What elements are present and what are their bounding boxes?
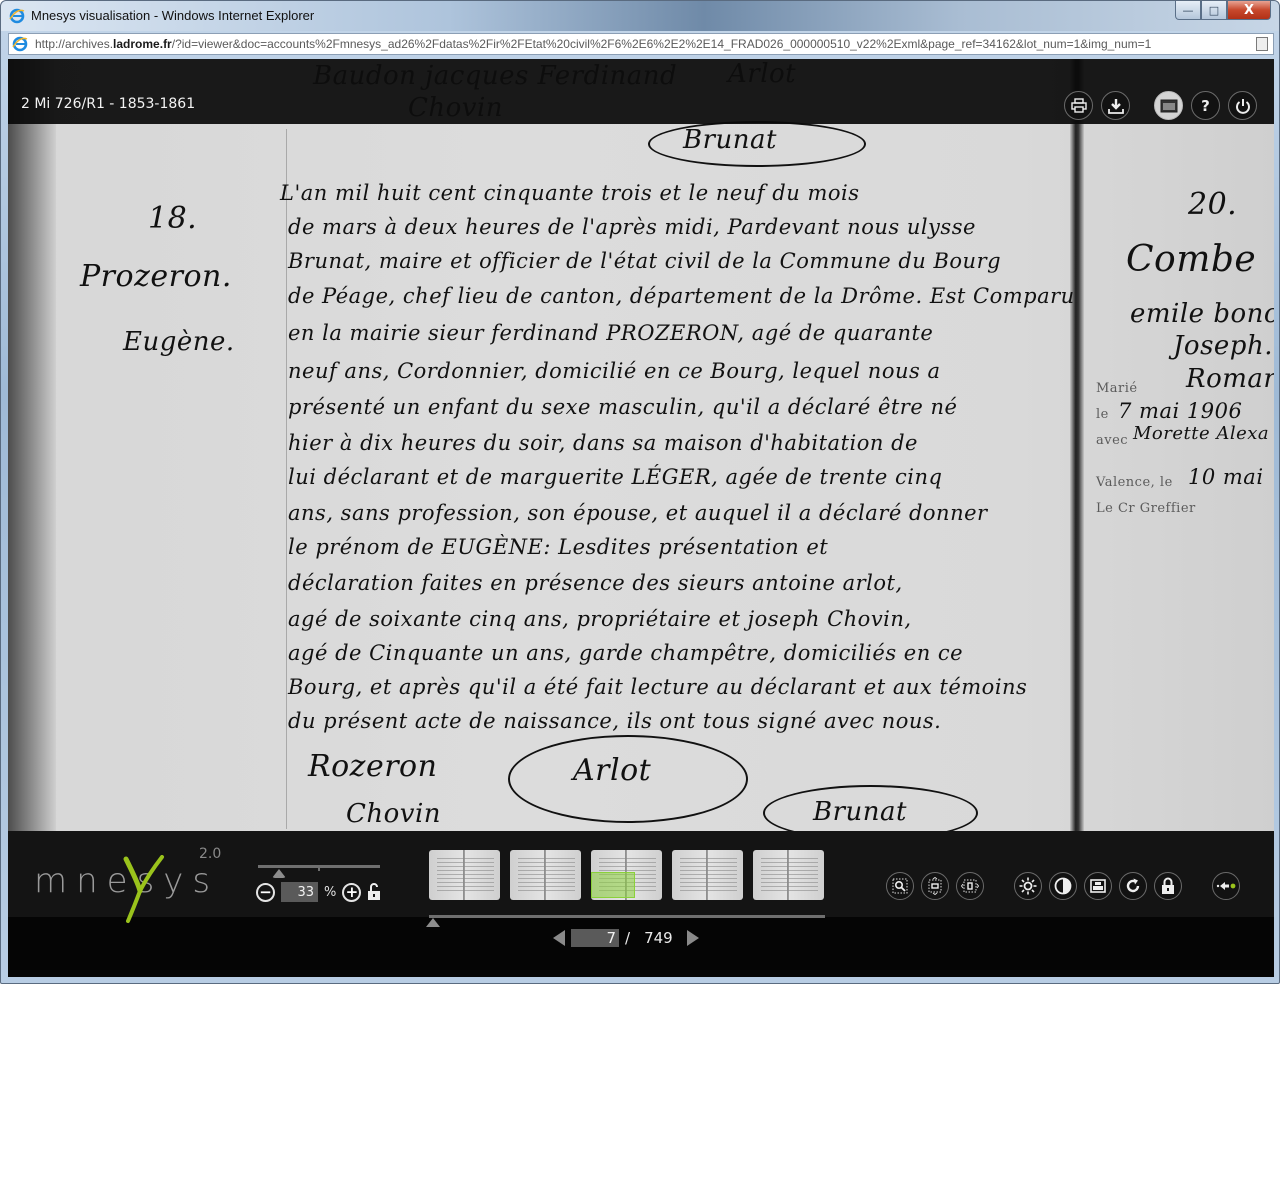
page-fold: [1070, 59, 1084, 831]
contrast-button[interactable]: [1049, 872, 1077, 900]
marriage-date: 7 mai 1906: [1118, 399, 1242, 423]
body-line: le prénom de EUGÈNE: Lesdites présentati…: [288, 535, 828, 559]
fullscreen-button[interactable]: [1154, 91, 1183, 120]
url-prefix: http://archives.: [35, 37, 113, 51]
page-number-input[interactable]: [571, 929, 619, 947]
maximize-icon: □: [1209, 4, 1219, 17]
page-slider[interactable]: [429, 915, 825, 918]
right-annotation: Romar: [1186, 364, 1274, 394]
page-edge: [8, 59, 56, 831]
right-entry-surname: Combe: [1126, 239, 1256, 280]
right-entry-given-2: Joseph.: [1173, 331, 1273, 361]
invert-icon: [1090, 879, 1106, 893]
address-bar[interactable]: http://archives.ladrome.fr/?id=viewer&do…: [8, 33, 1274, 55]
print-button[interactable]: [1064, 91, 1093, 120]
url-domain: ladrome.fr: [113, 37, 172, 51]
power-icon: [1235, 98, 1251, 114]
help-button[interactable]: ?: [1191, 91, 1220, 120]
bottom-toolbar: mnesys 2.0 − % +: [8, 831, 1274, 977]
download-button[interactable]: [1101, 91, 1130, 120]
help-icon: ?: [1201, 97, 1210, 115]
thumbnail-viewport-box[interactable]: [591, 872, 635, 898]
rotate-button[interactable]: [1119, 872, 1147, 900]
fit-height-button[interactable]: [921, 872, 949, 900]
invert-button[interactable]: [1084, 872, 1112, 900]
stamp-valence: Valence, le: [1096, 475, 1173, 490]
body-line: du présent acte de naissance, ils ont to…: [288, 709, 941, 733]
zoom-in-button[interactable]: +: [342, 883, 361, 902]
top-signature: Brunat: [683, 125, 777, 155]
thumbnail-page[interactable]: [753, 850, 824, 900]
zoom-controls: − % +: [256, 882, 381, 902]
thumbnail-text-lines: [680, 858, 737, 892]
page-separator: /: [625, 929, 630, 947]
zoom-slider[interactable]: [258, 865, 380, 868]
minimize-icon: —: [1183, 4, 1194, 17]
logo-version: 2.0: [199, 846, 221, 862]
viewer-header: 2 Mi 726/R1 - 1853-1861 ?: [8, 59, 1274, 124]
unlock-icon[interactable]: [367, 883, 381, 901]
back-arrow-icon: [1216, 880, 1236, 892]
url-text[interactable]: http://archives.ladrome.fr/?id=viewer&do…: [35, 37, 1151, 51]
zoom-slider-thumb[interactable]: [272, 869, 286, 878]
lock-icon: [1161, 877, 1175, 895]
rotate-icon: [1124, 877, 1142, 895]
signature-rozeron: Rozeron: [308, 749, 437, 784]
body-line: Brunat, maire et officier de l'état civi…: [288, 249, 1001, 273]
body-line: L'an mil huit cent cinquante trois et le…: [280, 181, 860, 205]
entry-firstname: Eugène.: [123, 327, 235, 357]
body-line: agé de soixante cinq ans, propriétaire e…: [288, 607, 912, 631]
previous-page-icon[interactable]: [553, 930, 565, 946]
fit-width-icon: [961, 878, 979, 894]
entry-surname: Prozeron.: [80, 259, 232, 294]
thumbnail-page-current[interactable]: [591, 850, 662, 900]
ie-logo-icon: [9, 8, 25, 24]
body-line: lui déclarant et de marguerite LÉGER, ag…: [288, 465, 942, 489]
right-entry-given-1: emile bonc: [1130, 299, 1274, 329]
close-icon: X: [1244, 3, 1254, 18]
stamp-avec: avec: [1096, 433, 1128, 448]
image-tools: [1014, 872, 1182, 900]
thumbnail-page[interactable]: [672, 850, 743, 900]
ie-page-icon: [12, 36, 28, 52]
navigation-tools: [1212, 872, 1240, 900]
fit-width-button[interactable]: [956, 872, 984, 900]
printer-icon: [1071, 98, 1087, 113]
url-path: /?id=viewer&doc=accounts%2Fmnesys_ad26%2…: [172, 37, 1152, 51]
thumbnail-page[interactable]: [510, 850, 581, 900]
zoom-unit: %: [324, 885, 336, 900]
thumbnail-text-lines: [761, 858, 818, 892]
maximize-button[interactable]: □: [1201, 1, 1227, 20]
entry-number: 18.: [148, 201, 197, 236]
thumbnail-text-lines: [437, 858, 494, 892]
signature-brunat: Brunat: [813, 797, 907, 827]
zoom-out-button[interactable]: −: [256, 883, 275, 902]
plus-icon: +: [346, 885, 359, 900]
quit-button[interactable]: [1228, 91, 1257, 120]
signature-chovin: Chovin: [346, 799, 441, 829]
spouse-name: Morette Alexa: [1133, 423, 1269, 444]
window-controls: — □ X: [1175, 1, 1271, 21]
body-line: de mars à deux heures de l'après midi, P…: [288, 215, 976, 239]
stamp-greffier: Le Cr Greffier: [1096, 501, 1196, 516]
page-total: 749: [644, 929, 673, 947]
window-title: Mnesys visualisation - Windows Internet …: [31, 8, 314, 23]
minus-icon: −: [259, 885, 272, 900]
right-entry-number: 20.: [1188, 187, 1237, 222]
contrast-icon: [1054, 877, 1072, 895]
zoom-slider-tick: [318, 865, 320, 871]
pager: / 749: [553, 929, 699, 947]
download-icon: [1108, 98, 1124, 114]
minimize-button[interactable]: —: [1175, 1, 1201, 20]
zoom-selection-icon: [892, 878, 908, 894]
thumbnail-strip: [429, 850, 824, 900]
body-line: hier à dix heures du soir, dans sa maiso…: [288, 431, 918, 455]
stamp-le: le: [1096, 407, 1109, 422]
brightness-icon: [1019, 877, 1037, 895]
zoom-selection-button[interactable]: [886, 872, 914, 900]
browser-window: Mnesys visualisation - Windows Internet …: [0, 0, 1280, 984]
view-tools: [886, 872, 984, 900]
document-image[interactable]: Baudon jacques Ferdinand Chovin Arlot Br…: [8, 59, 1274, 831]
back-button[interactable]: [1212, 872, 1240, 900]
title-bar[interactable]: Mnesys visualisation - Windows Internet …: [1, 1, 1279, 31]
lock-button[interactable]: [1154, 872, 1182, 900]
fit-height-icon: [927, 877, 943, 895]
body-line: agé de Cinquante un ans, garde champêtre…: [288, 641, 963, 665]
body-line: Bourg, et après qu'il a été fait lecture…: [288, 675, 1027, 699]
zoom-percent-input[interactable]: [281, 882, 318, 902]
margin-rule: [286, 129, 287, 829]
body-line: déclaration faites en présence des sieur…: [288, 571, 903, 595]
issued-date: 10 mai: [1188, 465, 1264, 489]
thumbnail-page[interactable]: [429, 850, 500, 900]
signature-arlot: Arlot: [573, 753, 651, 788]
stamp-married: Marié: [1096, 381, 1138, 396]
brightness-button[interactable]: [1014, 872, 1042, 900]
thumbnail-text-lines: [518, 858, 575, 892]
compatibility-view-icon[interactable]: [1256, 37, 1268, 51]
body-line: ans, sans profession, son épouse, et auq…: [288, 501, 988, 525]
page-slider-thumb[interactable]: [426, 918, 440, 927]
body-line: neuf ans, Cordonnier, domicilié en ce Bo…: [288, 359, 940, 383]
close-button[interactable]: X: [1227, 1, 1271, 20]
body-line: en la mairie sieur ferdinand PROZERON, a…: [288, 321, 933, 345]
body-line: présenté un enfant du sexe masculin, qu'…: [288, 395, 957, 419]
header-toolbar: ?: [1064, 91, 1257, 120]
next-page-icon[interactable]: [687, 930, 699, 946]
window-icon: [1160, 99, 1178, 113]
mnesys-viewer: Baudon jacques Ferdinand Chovin Arlot Br…: [8, 59, 1274, 977]
mnesys-logo-y-icon: [116, 855, 172, 925]
collection-title: 2 Mi 726/R1 - 1853-1861: [21, 96, 195, 112]
body-line: de Péage, chef lieu de canton, départeme…: [288, 284, 1075, 308]
